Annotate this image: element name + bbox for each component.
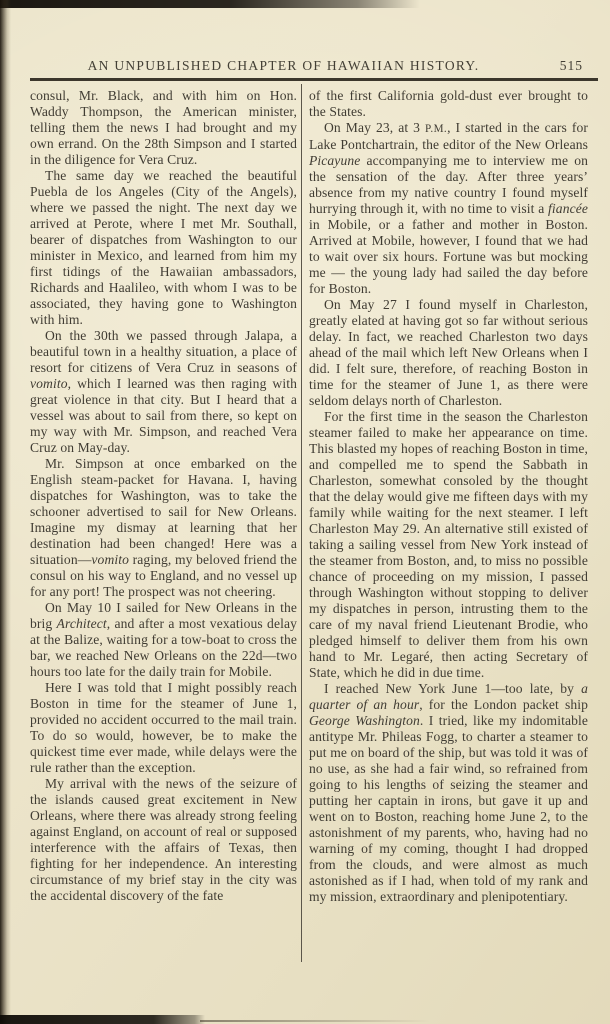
header-rule <box>30 78 598 81</box>
scan-edge-bottom-faint-artifact <box>200 1020 430 1022</box>
scan-edge-bottom-artifact <box>0 1015 205 1024</box>
page-number: 515 <box>560 58 583 74</box>
paragraph: For the first time in the season the Cha… <box>309 409 588 681</box>
paragraph: On May 27 I found myself in Charleston, … <box>309 297 588 409</box>
paragraph: On May 23, at 3 P.M., I started in the c… <box>309 120 588 297</box>
running-header: AN UNPUBLISHED CHAPTER OF HAWAIIAN HISTO… <box>30 58 597 76</box>
column-divider <box>301 84 302 962</box>
paragraph: of the first California gold-dust ever b… <box>309 88 588 120</box>
paragraph: The same day we reached the beautiful Pu… <box>30 168 297 328</box>
column-left: consul, Mr. Black, and with him on Hon. … <box>30 88 297 904</box>
scan-edge-top-artifact <box>0 0 420 8</box>
paragraph: On May 10 I sailed for New Orleans in th… <box>30 600 297 680</box>
paragraph: Mr. Simpson at once embarked on the Engl… <box>30 456 297 600</box>
scan-edge-left-artifact <box>0 0 11 1024</box>
paragraph: consul, Mr. Black, and with him on Hon. … <box>30 88 297 168</box>
scanned-book-page: AN UNPUBLISHED CHAPTER OF HAWAIIAN HISTO… <box>0 0 610 1024</box>
paragraph: On the 30th we passed through Jalapa, a … <box>30 328 297 456</box>
paragraph: My arrival with the news of the seizure … <box>30 776 297 904</box>
column-right: of the first California gold-dust ever b… <box>309 88 588 905</box>
paragraph: Here I was told that I might possibly re… <box>30 680 297 776</box>
paragraph: I reached New York June 1—too late, by a… <box>309 681 588 905</box>
page-title: AN UNPUBLISHED CHAPTER OF HAWAIIAN HISTO… <box>30 58 537 74</box>
